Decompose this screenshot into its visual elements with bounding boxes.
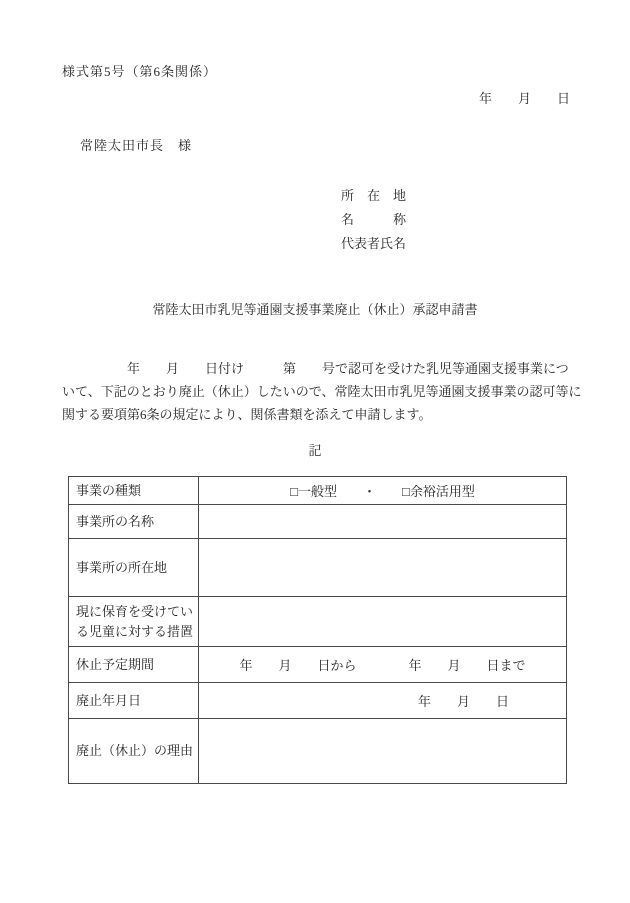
row-value-suspension-period: 年 月 日から 年 月 日まで xyxy=(199,647,567,683)
applicant-representative-label: 代表者氏名 xyxy=(341,232,406,256)
document-title: 常陸太田市乳児等通園支援事業廃止（休止）承認申請書 xyxy=(0,299,630,318)
table-row-abolition-reason: 廃止（休止）の理由 xyxy=(69,719,567,784)
row-label-business-type: 事業の種類 xyxy=(69,477,199,505)
table-row-office-name: 事業所の名称 xyxy=(69,505,567,539)
applicant-address-label: 所 在 地 xyxy=(341,184,406,208)
applicant-block: 所 在 地 名 称 代表者氏名 xyxy=(341,184,406,256)
row-value-measures-for-children xyxy=(199,597,567,647)
row-label-abolition-reason: 廃止（休止）の理由 xyxy=(69,719,199,784)
row-label-office-address: 事業所の所在地 xyxy=(69,539,199,597)
body-line-3: 関する要項第6条の規定により、関係書類を添えて申請します。 xyxy=(62,403,582,426)
application-form-page: 様式第5号（第6条関係） 年 月 日 常陸太田市長 様 所 在 地 名 称 代表… xyxy=(0,0,630,903)
body-paragraph: 年 月 日付け 第 号で認可を受けた乳児等通園支援事業につ いて、下記のとおり廃… xyxy=(62,357,582,426)
row-label-abolition-date: 廃止年月日 xyxy=(69,683,199,719)
table-row-suspension-period: 休止予定期間 年 月 日から 年 月 日まで xyxy=(69,647,567,683)
addressee-line: 常陸太田市長 様 xyxy=(80,135,192,154)
row-value-abolition-reason xyxy=(199,719,567,784)
row-value-office-address xyxy=(199,539,567,597)
table-row-office-address: 事業所の所在地 xyxy=(69,539,567,597)
date-field: 年 月 日 xyxy=(0,88,630,107)
table-row-measures-for-children: 現に保育を受けている児童に対する措置 xyxy=(69,597,567,647)
row-label-office-name: 事業所の名称 xyxy=(69,505,199,539)
row-label-measures-for-children: 現に保育を受けている児童に対する措置 xyxy=(69,597,199,647)
table-row-business-type: 事業の種類 □一般型 ・ □余裕活用型 xyxy=(69,477,567,505)
body-line-2: いて、下記のとおり廃止（休止）したいので、常陸太田市乳児等通園支援事業の認可等に xyxy=(62,380,582,403)
row-value-business-type-checkboxes: □一般型 ・ □余裕活用型 xyxy=(199,477,567,505)
row-value-abolition-date: 年 月 日 xyxy=(199,683,567,719)
body-line-1: 年 月 日付け 第 号で認可を受けた乳児等通園支援事業につ xyxy=(62,357,582,380)
applicant-name-label: 名 称 xyxy=(341,208,406,232)
row-value-office-name xyxy=(199,505,567,539)
form-number: 様式第5号（第6条関係） xyxy=(62,61,217,80)
table-row-abolition-date: 廃止年月日 年 月 日 xyxy=(69,683,567,719)
row-label-suspension-period: 休止予定期間 xyxy=(69,647,199,683)
application-table: 事業の種類 □一般型 ・ □余裕活用型 事業所の名称 事業所の所在地 現に保育を… xyxy=(68,476,567,784)
note-heading: 記 xyxy=(0,440,630,459)
